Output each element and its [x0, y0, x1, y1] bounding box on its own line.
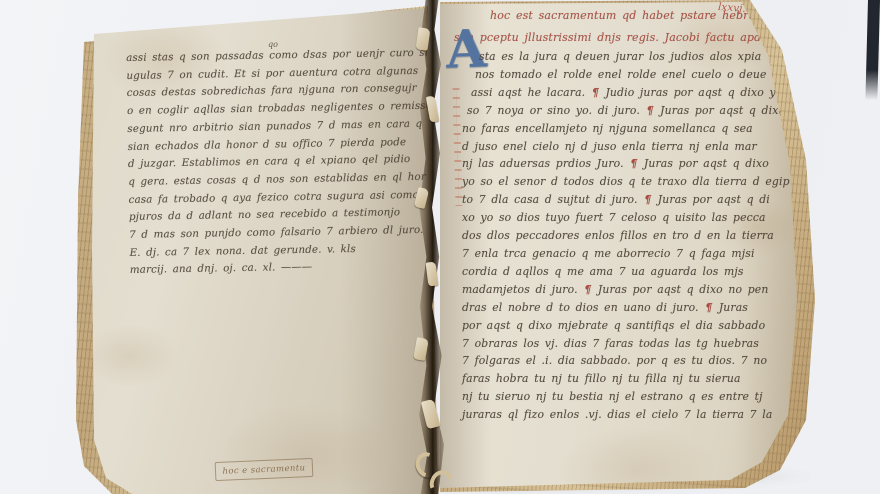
- manuscript-line: nj tu sieruo nj tu bestia nj el estrano …: [462, 388, 762, 406]
- manuscript-line: por aqst q dixo mjebrate q santifiqs el …: [462, 317, 762, 335]
- manuscript-line: nj las aduersas prdios Juro. ¶ Juras por…: [462, 155, 762, 173]
- manuscript-line: cordia d aqllos q me ama 7 ua aguarda lo…: [462, 263, 762, 281]
- folio-number: lxxvj.: [718, 1, 747, 15]
- inscription-box: hoc e sacramentu: [215, 458, 314, 481]
- right-page-text-block: sta es la jura q deuen jurar los judios …: [462, 48, 762, 424]
- left-page: assi stas q son passadas como dsas por u…: [88, 0, 438, 494]
- pilcrow-mark: ¶: [646, 104, 655, 117]
- manuscript-line: no faras encellamjeto nj njguna somellan…: [462, 120, 762, 138]
- pilcrow-mark: ¶: [704, 301, 713, 314]
- manuscript-line: nos tomado el rolde enel rolde enel cuel…: [475, 66, 762, 84]
- manuscript-line: dos dlos peccadores enlos fillos en tro …: [462, 227, 762, 245]
- manuscript-line: dras el nobre d to dios en uano di juro.…: [462, 299, 762, 317]
- manuscript-photo: assi stas q son passadas como dsas por u…: [0, 0, 880, 494]
- manuscript-line: 7 folgaras el .i. dia sabbado. por q es …: [462, 352, 762, 370]
- manuscript-line: assi aqst he lacara. ¶ Judio juras por a…: [471, 84, 762, 102]
- manuscript-line: 7 enla trca genacio q me aborrecio 7 q f…: [462, 245, 762, 263]
- rubric-line: sim pceptu jllustrissimi dnjs regis. Jac…: [454, 27, 808, 49]
- left-page-text-block: assi stas q son passadas como dsas por u…: [126, 45, 422, 280]
- manuscript-line: d juso enel cielo nj d juso enla tierra …: [462, 138, 762, 156]
- manuscript-line: juraras ql fizo enlos .vj. dias el cielo…: [462, 406, 762, 424]
- manuscript-line: so 7 noya or sino yo. di juro. ¶ Juras p…: [467, 102, 762, 120]
- manuscript-line: 7 obraras los vj. dias 7 faras todas las…: [462, 335, 762, 353]
- manuscript-line: to 7 dla casa d sujtut di juro. ¶ Juras …: [462, 191, 762, 209]
- pilcrow-mark: ¶: [629, 157, 638, 170]
- right-page: hoc est sacramentum qd habet pstare hebr…: [440, 0, 800, 494]
- interline-note: qo: [268, 40, 278, 49]
- pilcrow-mark: ¶: [583, 283, 592, 296]
- pilcrow-mark: ¶: [591, 86, 600, 99]
- manuscript-line: yo so el senor d todos dios q te traxo d…: [462, 173, 762, 191]
- manuscript-line: faras hobra tu nj tu fillo nj tu filla n…: [462, 370, 762, 388]
- manuscript-line: madamjetos di juro. ¶ Juras por aqst q d…: [462, 281, 762, 299]
- pilcrow-mark: ¶: [643, 193, 652, 206]
- manuscript-line: xo yo so dios tuyo fuert 7 celoso q uisi…: [462, 209, 762, 227]
- backdrop-edge-strip: [865, 0, 880, 100]
- manuscript-line: sta es la jura q deuen jurar los judios …: [479, 48, 762, 66]
- manuscript-line: marcij. ana dnj. oj. ca. xl. ———: [130, 257, 422, 280]
